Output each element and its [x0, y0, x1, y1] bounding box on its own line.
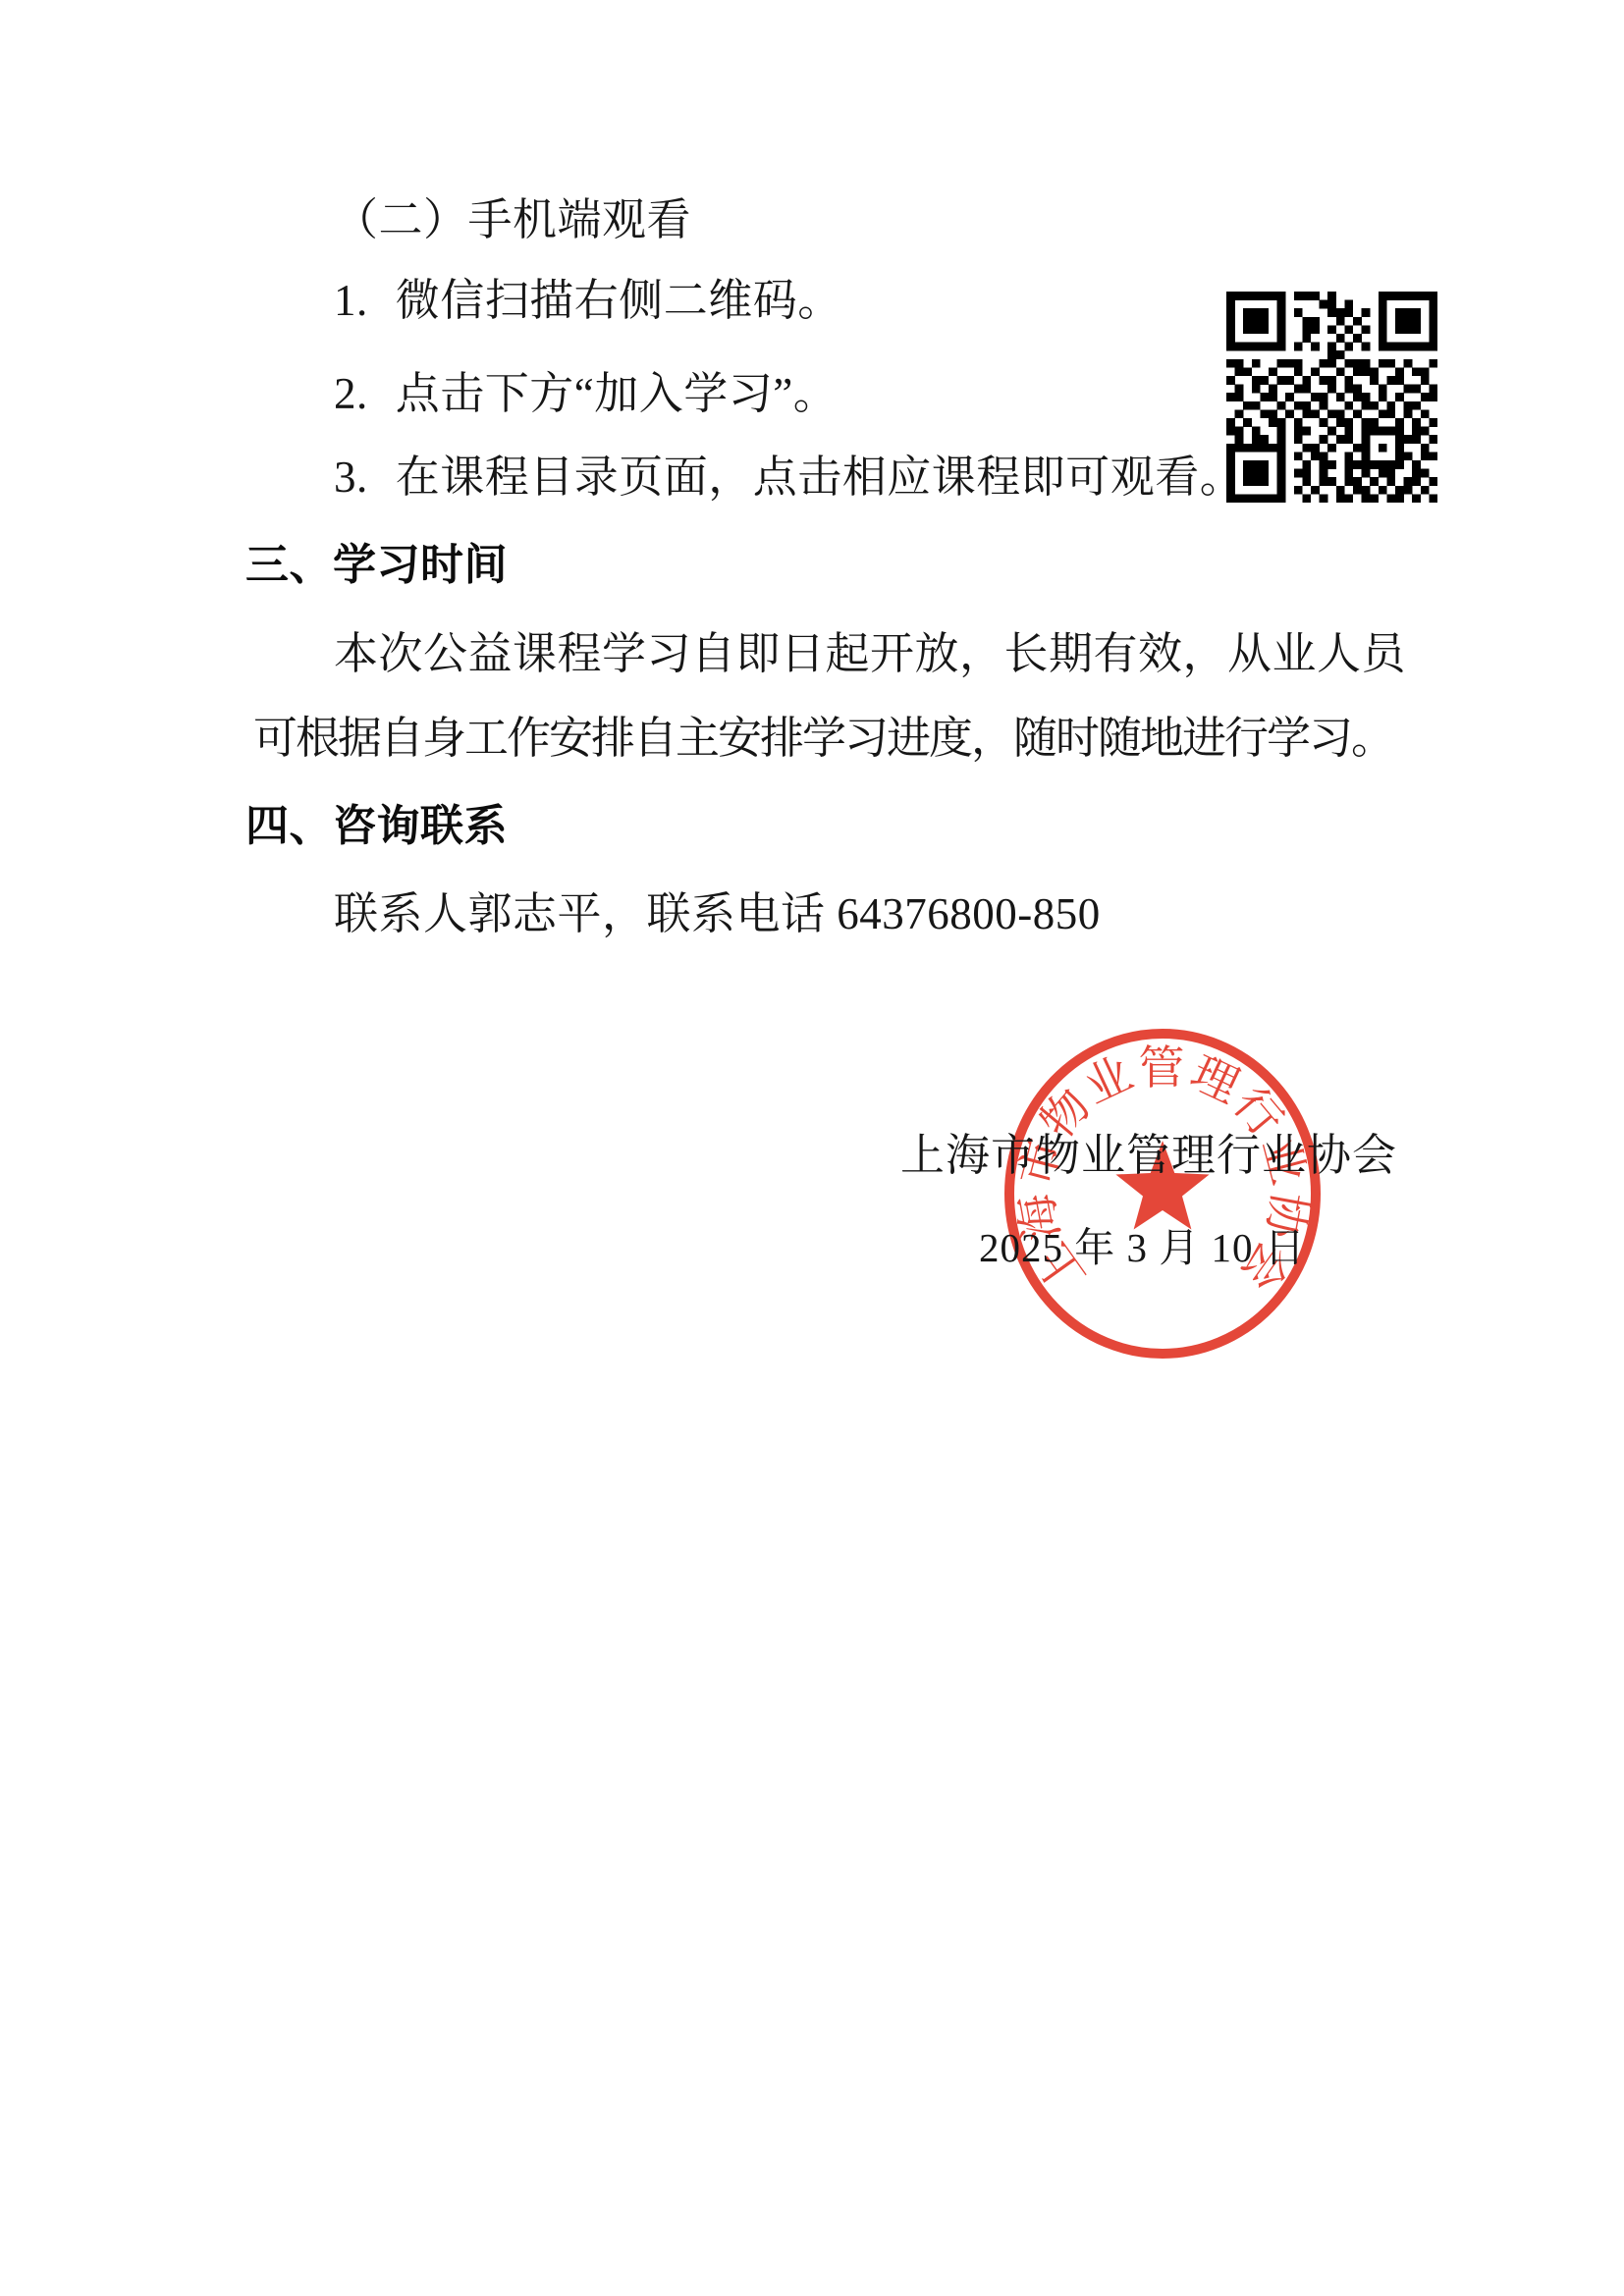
- section3-body-line1: 本次公益课程学习自即日起开放，长期有效，从业人员: [334, 629, 1406, 680]
- qr-code: [1226, 292, 1437, 503]
- official-seal: 上海市物业管理行业协会: [992, 1013, 1335, 1376]
- signature-org: 上海市物业管理行业协会: [900, 1131, 1397, 1182]
- section4-body: 联系人郭志平，联系电话 64376800-850: [334, 889, 1101, 940]
- list-item-3: 3.在课程目录页面，点击相应课程即可观看。: [334, 453, 1244, 504]
- document-page: （二）手机端观看 1.微信扫描右侧二维码。 2.点击下方“加入学习”。 3.在课…: [0, 0, 1624, 2296]
- list-item-2: 2.点击下方“加入学习”。: [334, 369, 838, 420]
- list-item-1: 1.微信扫描右侧二维码。: [334, 276, 842, 327]
- section3-heading: 三、学习时间: [245, 541, 508, 591]
- qr-code-svg: [1226, 292, 1437, 503]
- list-item-1-text: 微信扫描右侧二维码。: [396, 276, 842, 325]
- signature-date: 2025 年 3 月 10 日: [979, 1225, 1306, 1271]
- list-item-3-text: 在课程目录页面，点击相应课程即可观看。: [396, 453, 1245, 502]
- list-item-3-number: 3.: [334, 453, 368, 504]
- section4-heading: 四、咨询联系: [245, 802, 508, 852]
- list-item-2-number: 2.: [334, 369, 368, 420]
- section3-body-line2: 可根据自身工作安排自主安排学习进度，随时随地进行学习。: [253, 714, 1393, 765]
- section2-heading: （二）手机端观看: [334, 195, 691, 246]
- list-item-1-number: 1.: [334, 276, 368, 327]
- list-item-2-text: 点击下方“加入学习”。: [396, 369, 838, 418]
